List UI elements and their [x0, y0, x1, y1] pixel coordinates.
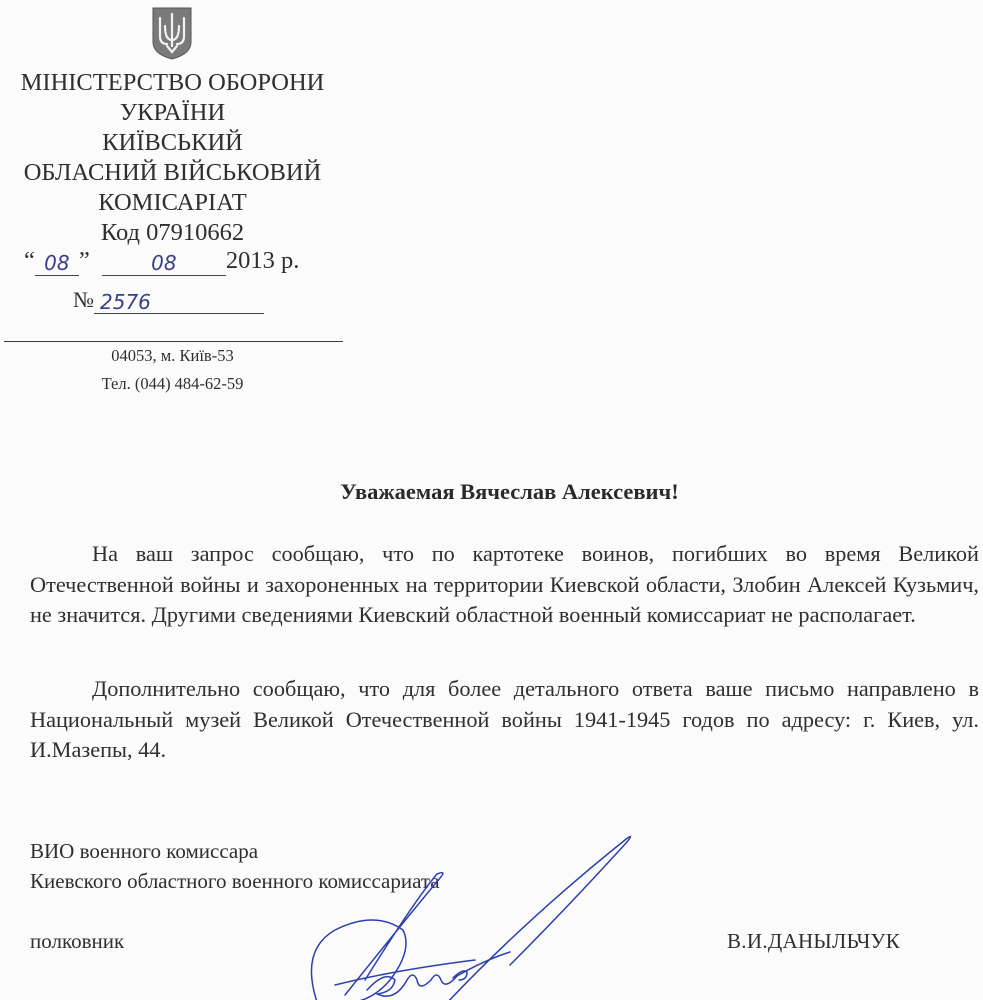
signatory-position-line1: ВИО военного комиссара — [30, 836, 258, 866]
letter-body: На ваш запрос сообщаю, что по картотеке … — [30, 539, 979, 631]
ministry-name-line1: МІНІСТЕРСТВО ОБОРОНИ — [0, 67, 345, 98]
letterhead-divider — [4, 341, 343, 342]
commissariat-line2: ОБЛАСНИЙ ВІЙСЬКОВИЙ — [0, 157, 345, 188]
signatory-name: В.И.ДАНЫЛЬЧУК — [727, 926, 900, 956]
date-year: 2013 р. — [226, 247, 300, 274]
commissariat-line3: КОМІСАРІАТ — [0, 187, 345, 218]
letter-date: “08” 082013 р. — [24, 245, 344, 279]
letter-number: №2576 — [73, 286, 264, 314]
phone-number: Тел. (044) 484-62-59 — [0, 373, 345, 395]
paragraph-2: Дополнительно сообщаю, что для более дет… — [30, 674, 979, 766]
coat-of-arms-icon — [151, 6, 193, 61]
date-day-field: 08 — [35, 248, 79, 276]
date-month-field: 08 — [102, 248, 226, 276]
handwritten-signature — [295, 830, 645, 1000]
number-label: № — [73, 287, 94, 312]
commissariat-line1: КИЇВСЬКИЙ — [0, 127, 345, 158]
paragraph-1: На ваш запрос сообщаю, что по картотеке … — [30, 539, 979, 631]
ministry-name-line2: УКРАЇНИ — [0, 97, 345, 128]
organization-code: Код 07910662 — [0, 217, 345, 248]
greeting: Уважаемая Вячеслав Алексевич! — [0, 477, 983, 507]
postal-address: 04053, м. Київ-53 — [0, 345, 345, 367]
letter-body-2: Дополнительно сообщаю, что для более дет… — [30, 674, 979, 766]
date-open-quote: “ — [24, 247, 35, 274]
signatory-rank: полковник — [30, 926, 124, 956]
number-value-field: 2576 — [94, 288, 264, 314]
date-close-quote: ” — [79, 247, 90, 274]
